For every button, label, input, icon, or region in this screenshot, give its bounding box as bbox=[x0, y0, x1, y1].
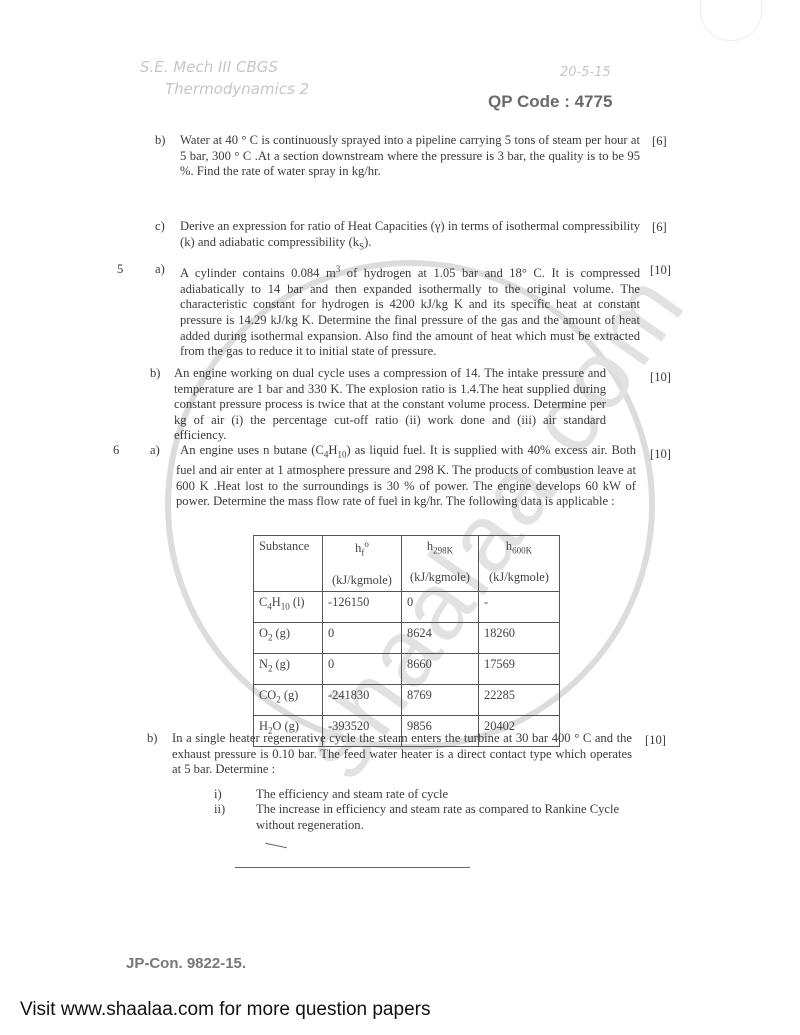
handwritten-date: 20-5-15 bbox=[560, 65, 611, 80]
table-cell: 8660 bbox=[402, 653, 479, 684]
paper-code: JP-Con. 9822-15. bbox=[126, 955, 246, 972]
question-marks: [10] bbox=[645, 733, 666, 748]
handwritten-course: S.E. Mech III CBGS bbox=[140, 58, 278, 76]
subpart-label: ii) bbox=[214, 802, 225, 817]
question-marks: [6] bbox=[652, 220, 667, 235]
subpart-text: The increase in efficiency and steam rat… bbox=[256, 802, 626, 833]
table-header-cell: h600K(kJ/kgmole) bbox=[479, 536, 560, 592]
table-header-cell: Substance bbox=[254, 536, 323, 592]
table-row: CO2 (g) -241830 8769 22285 bbox=[254, 684, 560, 715]
qp-code: QP Code : 4775 bbox=[488, 92, 612, 112]
question-label: b) bbox=[150, 366, 161, 381]
table-cell: 18260 bbox=[479, 622, 560, 653]
table-row: O2 (g) 0 8624 18260 bbox=[254, 622, 560, 653]
table-cell: C4H10 (l) bbox=[254, 591, 323, 622]
handwritten-subject: Thermodynamics 2 bbox=[165, 80, 309, 98]
question-label: a) bbox=[155, 262, 165, 277]
subpart-text: The efficiency and steam rate of cycle bbox=[256, 787, 636, 803]
question-text: In a single heater regenerative cycle th… bbox=[172, 731, 632, 778]
question-text: Water at 40 ° C is continuously sprayed … bbox=[180, 133, 640, 180]
table-header-cell: hfo(kJ/kgmole) bbox=[323, 536, 402, 592]
table-cell: N2 (g) bbox=[254, 653, 323, 684]
table-cell: 22285 bbox=[479, 684, 560, 715]
table-cell: 17569 bbox=[479, 653, 560, 684]
question-text: Derive an expression for ratio of Heat C… bbox=[180, 219, 640, 255]
page-corner-mark bbox=[700, 0, 762, 41]
question-label: a) bbox=[150, 443, 160, 458]
table-cell: - bbox=[479, 591, 560, 622]
table-cell: 0 bbox=[323, 622, 402, 653]
pen-mark bbox=[265, 843, 287, 849]
table-row: N2 (g) 0 8660 17569 bbox=[254, 653, 560, 684]
footer-visit-text: Visit www.shaalaa.com for more question … bbox=[20, 999, 430, 1021]
question-marks: [10] bbox=[650, 447, 671, 462]
enthalpy-data-table: Substance hfo(kJ/kgmole) h298K(kJ/kgmole… bbox=[253, 535, 560, 747]
exam-page: shaalaa.com S.E. Mech III CBGS Thermodyn… bbox=[0, 0, 800, 1035]
question-label: b) bbox=[147, 731, 158, 746]
table-cell: 0 bbox=[323, 653, 402, 684]
question-text: An engine uses n butane (C4H10) as liqui… bbox=[176, 443, 636, 510]
table-header-row: Substance hfo(kJ/kgmole) h298K(kJ/kgmole… bbox=[254, 536, 560, 592]
table-row: C4H10 (l) -126150 0 - bbox=[254, 591, 560, 622]
table-cell: 8624 bbox=[402, 622, 479, 653]
table-cell: -241830 bbox=[323, 684, 402, 715]
table-cell: 0 bbox=[402, 591, 479, 622]
question-number: 6 bbox=[113, 443, 119, 458]
question-marks: [10] bbox=[650, 263, 671, 278]
question-number: 5 bbox=[117, 262, 123, 277]
subpart-label: i) bbox=[214, 787, 222, 802]
question-marks: [6] bbox=[652, 134, 667, 149]
question-marks: [10] bbox=[650, 370, 671, 385]
table-cell: -126150 bbox=[323, 591, 402, 622]
question-label: b) bbox=[155, 133, 166, 148]
table-header-cell: h298K(kJ/kgmole) bbox=[402, 536, 479, 592]
question-text: A cylinder contains 0.084 m3 of hydrogen… bbox=[180, 262, 640, 360]
table-cell: CO2 (g) bbox=[254, 684, 323, 715]
table-cell: 8769 bbox=[402, 684, 479, 715]
end-divider bbox=[235, 867, 470, 868]
table-cell: O2 (g) bbox=[254, 622, 323, 653]
question-text: An engine working on dual cycle uses a c… bbox=[174, 366, 606, 444]
question-label: c) bbox=[155, 219, 165, 234]
